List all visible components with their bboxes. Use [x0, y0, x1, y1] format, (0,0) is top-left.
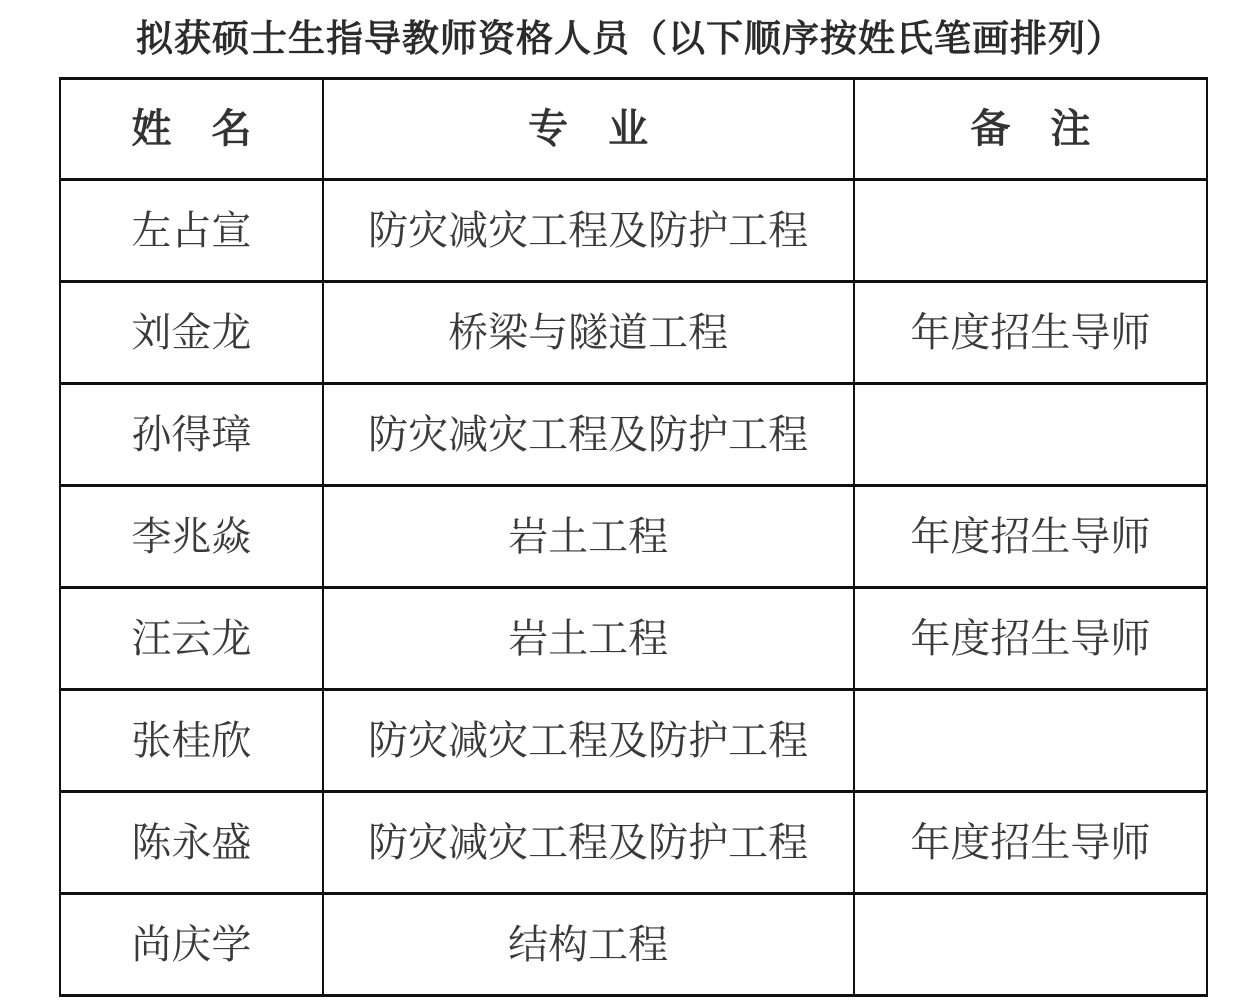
cell-name: 刘金龙: [60, 282, 323, 384]
cell-name: 张桂欣: [60, 690, 323, 792]
cell-major: 岩土工程: [323, 588, 854, 690]
table-row: 李兆焱 岩土工程 年度招生导师: [60, 486, 1207, 588]
cell-name: 陈永盛: [60, 792, 323, 894]
cell-note: 年度招生导师: [854, 486, 1207, 588]
table-row: 汪云龙 岩土工程 年度招生导师: [60, 588, 1207, 690]
cell-major: 防灾减灾工程及防护工程: [323, 384, 854, 486]
table-row: 孙得璋 防灾减灾工程及防护工程: [60, 384, 1207, 486]
cell-note: 年度招生导师: [854, 282, 1207, 384]
column-header-major: 专 业: [323, 79, 854, 180]
cell-note: 年度招生导师: [854, 588, 1207, 690]
cell-major: 防灾减灾工程及防护工程: [323, 792, 854, 894]
cell-note: [854, 180, 1207, 282]
cell-name: 汪云龙: [60, 588, 323, 690]
table-row: 尚庆学 结构工程: [60, 894, 1207, 996]
table-header-row: 姓 名 专 业 备 注: [60, 79, 1207, 180]
table-row: 左占宣 防灾减灾工程及防护工程: [60, 180, 1207, 282]
cell-name: 左占宣: [60, 180, 323, 282]
document-page: 拟获硕士生指导教师资格人员（以下顺序按姓氏笔画排列） 姓 名 专 业 备 注 左…: [0, 0, 1260, 1008]
cell-name: 孙得璋: [60, 384, 323, 486]
table-row: 张桂欣 防灾减灾工程及防护工程: [60, 690, 1207, 792]
cell-note: [854, 690, 1207, 792]
column-header-name: 姓 名: [60, 79, 323, 180]
cell-note: [854, 384, 1207, 486]
cell-major: 桥梁与隧道工程: [323, 282, 854, 384]
supervisors-table: 姓 名 专 业 备 注 左占宣 防灾减灾工程及防护工程 刘金龙 桥梁与隧道工程 …: [59, 77, 1208, 997]
page-title: 拟获硕士生指导教师资格人员（以下顺序按姓氏笔画排列）: [0, 0, 1260, 70]
cell-name: 尚庆学: [60, 894, 323, 996]
column-header-note: 备 注: [854, 79, 1207, 180]
cell-name: 李兆焱: [60, 486, 323, 588]
cell-note: [854, 894, 1207, 996]
table-row: 陈永盛 防灾减灾工程及防护工程 年度招生导师: [60, 792, 1207, 894]
cell-major: 岩土工程: [323, 486, 854, 588]
cell-major: 防灾减灾工程及防护工程: [323, 690, 854, 792]
cell-note: 年度招生导师: [854, 792, 1207, 894]
cell-major: 防灾减灾工程及防护工程: [323, 180, 854, 282]
cell-major: 结构工程: [323, 894, 854, 996]
table-row: 刘金龙 桥梁与隧道工程 年度招生导师: [60, 282, 1207, 384]
